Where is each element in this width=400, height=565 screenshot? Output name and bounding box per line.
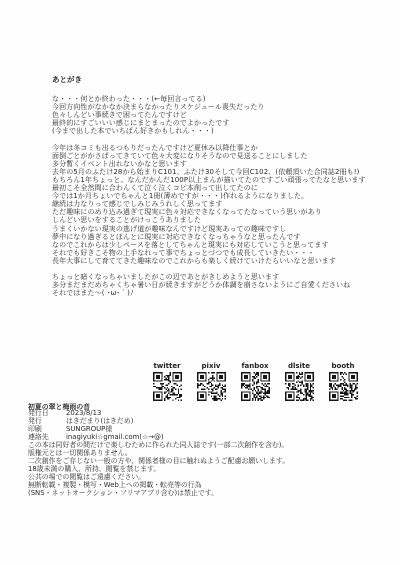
colophon-field-value: 2023/8/13 <box>66 409 101 417</box>
qr-code-strip: twitterpixivfanboxdlsitebooth <box>152 362 358 401</box>
text-line: 二次創作をご存じない一般の方や、関係者様の目に触れぬようご配慮お願いします。 <box>28 457 378 465</box>
colophon-field-label: 印刷 <box>28 425 66 433</box>
text-line: それではまた～( ･ω･｀)ﾉ <box>52 289 382 297</box>
qr-item-twitter: twitter <box>152 362 182 401</box>
colophon-field: 発行日2023/8/13 <box>28 409 378 417</box>
text-line: 今年は冬コミも出るつもりだったんですけど夏休み以降仕事とか <box>52 144 382 152</box>
qr-item-pixiv: pixiv <box>196 362 226 401</box>
colophon-field-value: SUNGROUP様 <box>66 425 112 433</box>
scanned-page: あとがき な・・・何とか終わった・・・(←毎回言ってる)今回方向性がなかなか決ま… <box>0 0 400 565</box>
text-line: な・・・何とか終わった・・・(←毎回言ってる) <box>52 95 382 103</box>
qr-label: fanbox <box>241 362 268 370</box>
text-line: うまくいかない現実の逃げ道が趣味なんですけど現実あっての趣味ですし <box>52 225 382 233</box>
qr-code-icon <box>285 372 314 401</box>
colophon-field-value: inagiyuki☆gmail.com(☆→@) <box>66 433 164 441</box>
text-line: もちろん1年ちょっと、なんだかんだ100P以上まんが描いてたのですごい頑張ってた… <box>52 176 382 184</box>
text-line: 今回方向性がなかなか決まらなかったりスケジュール喪失だったり <box>52 103 382 111</box>
text-line: 公共の場での閲覧はご遠慮ください。 <box>28 473 378 481</box>
text-line: 色々しんどい事続きで困ってたんですけど <box>52 111 382 119</box>
text-line: 多分まだまだめちゃくちゃ暑い日が続きますがどうか体調を崩さないようにご自愛くださ… <box>52 281 382 289</box>
colophon-field-label: 連絡先 <box>28 433 66 441</box>
text-line <box>52 135 382 143</box>
afterword-heading: あとがき <box>52 74 382 83</box>
text-line: 去年の5月のふたけ28から始まりC101、ふたけ30そして今回C102、(依頼頂… <box>52 168 382 176</box>
qr-code-icon <box>329 372 358 401</box>
qr-label: twitter <box>153 362 180 370</box>
colophon-field: 発行はきだまり(はきだめ) <box>28 417 378 425</box>
colophon-field-value: はきだまり(はきだめ) <box>66 417 133 425</box>
text-line: 夢中になり過ぎるとほんとに現実に対応できなくなっちゃうなと思ったんです <box>52 233 382 241</box>
qr-item-fanbox: fanbox <box>240 362 270 401</box>
afterword-section: あとがき な・・・何とか終わった・・・(←毎回言ってる)今回方向性がなかなか決ま… <box>52 74 382 297</box>
qr-label: pixiv <box>202 362 221 370</box>
afterword-body: な・・・何とか終わった・・・(←毎回言ってる)今回方向性がなかなか決まらなかった… <box>52 95 382 297</box>
text-line: 無断転載・複製・模写・Web上への掲載・転売等の行為 <box>28 481 378 489</box>
qr-item-dlsite: dlsite <box>284 362 314 401</box>
text-line: 最初こそ全然間に合わんくて泣く泣くコピ本削って出してたのに <box>52 184 382 192</box>
colophon-notes: この本は同好者の間だけで楽しむために作られた同人誌です(一部二次創作を含む)。版… <box>28 441 378 497</box>
text-line: それでも好きこそ物の上手なれって事でちょっとづつでも成長していきたい・・・ <box>52 249 382 257</box>
text-line: 長年大事にして育ててきた趣味なのでこれからも楽しく続けていけたらいいなと思います <box>52 257 382 265</box>
text-line: 面倒ごとがかさばってきていて色々大変になりそうなので見送ることにしました <box>52 152 382 160</box>
text-line: 版権元とは一切関係ありません。 <box>28 449 378 457</box>
colophon-fields: 発行日2023/8/13発行はきだまり(はきだめ)印刷SUNGROUP様連絡先i… <box>28 409 378 441</box>
text-line: 18歳未満の購入、所持、閲覧を禁じます。 <box>28 465 378 473</box>
qr-code-icon <box>153 372 182 401</box>
qr-code-icon <box>197 372 226 401</box>
text-line: 継続は力なりって感じでしみじみうれしく思ってます <box>52 200 382 208</box>
colophon-field: 印刷SUNGROUP様 <box>28 425 378 433</box>
qr-item-booth: booth <box>328 362 358 401</box>
text-line: ただ趣味にのめり込み過ぎて現実に色々対応できなくなってたなっていう思いがあり <box>52 208 382 216</box>
text-line: (SNS・ネットオークション・フリマアプリ含む)は禁止です。 <box>28 489 378 497</box>
text-line: (今まで出した本でいちばん好きかもしれん・・・) <box>52 127 382 135</box>
text-line: 最終的にすごいいい感じにまとまったのでよかったです <box>52 119 382 127</box>
text-line: ちょっと暗くなっちゃいましたがこの辺であとがきしめようと思います <box>52 273 382 281</box>
text-line: なのでこれからは少しペースを落としてちゃんと現実にも対応していこうと思ってます <box>52 241 382 249</box>
qr-label: dlsite <box>288 362 310 370</box>
colophon-section: 初夏の翠と梅雨の音 発行日2023/8/13発行はきだまり(はきだめ)印刷SUN… <box>28 401 378 497</box>
colophon-field-label: 発行 <box>28 417 66 425</box>
colophon-field: 連絡先inagiyuki☆gmail.com(☆→@) <box>28 433 378 441</box>
text-line: しんどい思いをすることがけっこうありました <box>52 216 382 224</box>
book-title: 初夏の翠と梅雨の音 <box>28 401 378 409</box>
text-line: 多分暫くイベント出れないかなと思います <box>52 160 382 168</box>
text-line <box>52 265 382 273</box>
text-line: この本は同好者の間だけで楽しむために作られた同人誌です(一部二次創作を含む)。 <box>28 441 378 449</box>
colophon-field-label: 発行日 <box>28 409 66 417</box>
qr-label: booth <box>332 362 355 370</box>
text-line: 今では1か月ちょいでちゃんと1冊(薄めですが・・・)作れるようになりました。 <box>52 192 382 200</box>
qr-code-icon <box>241 372 270 401</box>
